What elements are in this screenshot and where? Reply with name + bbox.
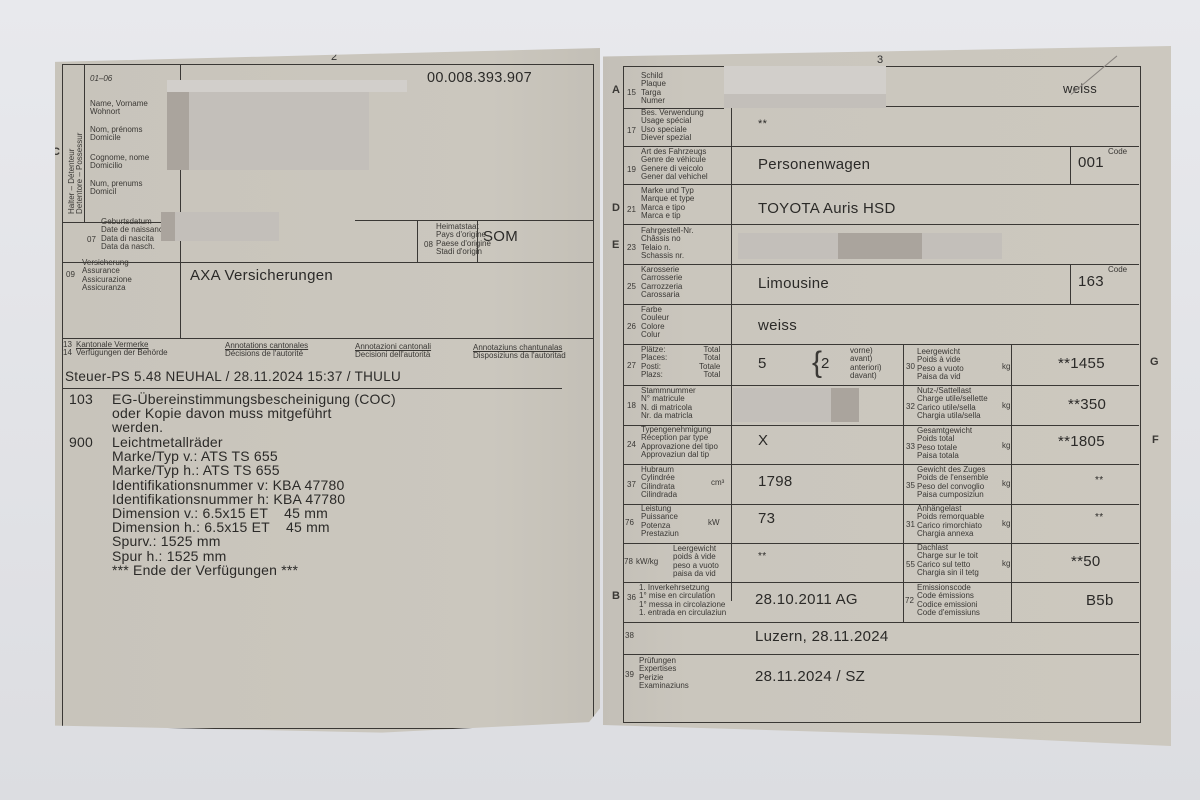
color-label: Farbe Couleur Colore Colur bbox=[641, 306, 669, 339]
redacted-master-number bbox=[831, 388, 859, 422]
redacted-chassis bbox=[922, 233, 1002, 259]
power-weight-value: ** bbox=[758, 551, 766, 562]
divider bbox=[84, 65, 85, 222]
holder-vertical-label-2: Detentore – Possessur bbox=[76, 133, 84, 214]
field-number: 27 bbox=[627, 361, 636, 370]
side-letter-b: B bbox=[612, 590, 620, 602]
insurance-value: AXA Versicherungen bbox=[190, 267, 333, 284]
divider bbox=[623, 504, 1139, 505]
redacted-block bbox=[167, 92, 189, 170]
divider bbox=[886, 106, 1139, 107]
power-label: Leistung Puissance Potenza Prestaziun bbox=[641, 505, 679, 538]
train-weight-value: ** bbox=[1095, 475, 1103, 486]
divider bbox=[477, 220, 478, 262]
displacement-label: Hubraum Cylindrée Cilindrata Cilindrada bbox=[641, 466, 677, 499]
divider bbox=[62, 338, 593, 339]
divider bbox=[1070, 264, 1071, 304]
side-letter-e: E bbox=[612, 239, 619, 251]
redacted-master-number bbox=[733, 388, 831, 422]
body-label: Karosserie Carrosserie Carrozzeria Caros… bbox=[641, 266, 682, 299]
make-model-value: TOYOTA Auris HSD bbox=[758, 200, 896, 217]
seats-front-label: vorne) avant) anteriori) davant) bbox=[850, 347, 882, 380]
body-code: 163 bbox=[1078, 273, 1104, 290]
unit-kg: kg bbox=[1002, 401, 1010, 410]
vehicle-type-code: 001 bbox=[1078, 154, 1104, 171]
decision-text: EG-Übereinstimmungsbescheinigung (COC) o… bbox=[112, 392, 396, 435]
type-approval-value: X bbox=[758, 432, 768, 449]
power-weight-label: Leergewicht poids à vide peso a vuoto pa… bbox=[673, 545, 719, 578]
divider bbox=[180, 262, 181, 338]
divider bbox=[731, 108, 732, 601]
divider bbox=[623, 385, 1139, 386]
side-letter-f: F bbox=[1152, 434, 1159, 446]
field-number: 15 bbox=[627, 88, 636, 97]
redacted-holder-address bbox=[189, 92, 369, 170]
field-number: 76 bbox=[625, 518, 634, 527]
field-number: 33 bbox=[906, 442, 915, 451]
divider bbox=[623, 304, 1139, 305]
registration-page-2: 2 C Halter – Détenteur Detentore – Posse… bbox=[55, 48, 600, 743]
decision-code: 900 bbox=[69, 435, 93, 449]
annotations-it-2: Decisioni dell'autorità bbox=[355, 351, 430, 359]
divider bbox=[623, 344, 1139, 345]
divider bbox=[623, 264, 1139, 265]
registration-page-3: 3 A 15 Schild Plaque Targa Numer weiss 1… bbox=[603, 46, 1171, 746]
seats-front-value: 2 bbox=[821, 355, 830, 372]
empty-weight-value: **1455 bbox=[1058, 355, 1105, 372]
payload-value: **350 bbox=[1068, 396, 1106, 413]
redacted-holder-name bbox=[167, 80, 407, 92]
divider bbox=[1011, 582, 1012, 622]
field-number: 38 bbox=[625, 631, 634, 640]
redacted-birthdate bbox=[161, 212, 175, 241]
birthdate-label: Geburtsdatum Date de naissance Data di n… bbox=[101, 218, 167, 251]
divider bbox=[623, 654, 1139, 655]
type-approval-label: Typengenehmigung Réception par type Appr… bbox=[641, 426, 718, 459]
annotations-fr-2: Décisions de l'autorité bbox=[225, 350, 303, 358]
holder-label-rm: Num, prenums Domicil bbox=[90, 180, 142, 197]
field-number: 35 bbox=[906, 481, 915, 490]
field-number: 25 bbox=[627, 282, 636, 291]
holder-label-fr: Nom, prénoms Domicile bbox=[90, 126, 142, 143]
plate-label: Schild Plaque Targa Numer bbox=[641, 72, 666, 105]
decision-code: 103 bbox=[69, 392, 93, 406]
emission-code-label: Emissionscode Code émissions Codice emis… bbox=[917, 584, 980, 617]
emission-code-value: B5b bbox=[1086, 592, 1114, 609]
divider bbox=[417, 220, 418, 262]
field-number: 21 bbox=[627, 205, 636, 214]
unit-kw: kW bbox=[708, 518, 720, 527]
unit-cm3: cm³ bbox=[711, 478, 724, 487]
seats-total-label: Total Total Totale Total bbox=[699, 346, 720, 379]
special-use-value: ** bbox=[758, 118, 767, 130]
tax-line: Steuer-PS 5.48 NEUHAL / 28.11.2024 15:37… bbox=[65, 369, 401, 384]
insurance-label: Versicherung Assurance Assicurazione Ass… bbox=[82, 259, 132, 292]
redacted-plate-number bbox=[724, 66, 886, 94]
power-value: 73 bbox=[758, 510, 775, 527]
roof-load-label: Dachlast Charge sur le toit Carico sul t… bbox=[917, 544, 979, 577]
field-number: 24 bbox=[627, 440, 636, 449]
field-number: 31 bbox=[906, 520, 915, 529]
master-number-label: Stammnummer N° matricule N. di matricola… bbox=[641, 387, 696, 420]
field-number: 39 bbox=[625, 670, 634, 679]
annotations-de-2: Verfügungen der Behörde bbox=[76, 349, 168, 357]
side-letter-g: G bbox=[1150, 356, 1159, 368]
holder-label-it: Cognome, nome Domicilio bbox=[90, 154, 149, 171]
divider bbox=[623, 224, 1139, 225]
unit-kg: kg bbox=[1002, 559, 1010, 568]
divider bbox=[903, 582, 904, 622]
field-number: 30 bbox=[906, 362, 915, 371]
field-number: 78 bbox=[624, 557, 633, 566]
field-number: 09 bbox=[66, 270, 75, 279]
unit-kg: kg bbox=[1002, 479, 1010, 488]
field-number: 14 bbox=[63, 349, 72, 357]
unit-kg: kg bbox=[1002, 519, 1010, 528]
field-number: 08 bbox=[424, 240, 433, 249]
redacted-plate-number bbox=[724, 94, 886, 108]
payload-label: Nutz-/Sattellast Charge utile/sellette C… bbox=[917, 387, 988, 420]
field-number: 17 bbox=[627, 126, 636, 135]
decision-text: Leichtmetallräder Marke/Typ v.: ATS TS 6… bbox=[112, 435, 345, 577]
field-number: 07 bbox=[87, 235, 96, 244]
holder-label-de: Name, Vorname Wohnort bbox=[90, 100, 148, 117]
plate-color: weiss bbox=[1063, 81, 1097, 96]
body-value: Limousine bbox=[758, 275, 829, 292]
field-number: 72 bbox=[905, 596, 914, 605]
annotations-rm-2: Disposiziuns da l'autoritad bbox=[473, 352, 566, 360]
code-label: Code bbox=[1108, 147, 1127, 156]
field-number: 36 bbox=[627, 593, 636, 602]
code-label: Code bbox=[1108, 265, 1127, 274]
divider bbox=[903, 344, 904, 582]
field-number: 26 bbox=[627, 322, 636, 331]
seats-label: Plätze: Places: Posti: Plazs: bbox=[641, 346, 667, 379]
vehicle-type-label: Art des Fahrzeugs Genre de véhicule Gene… bbox=[641, 148, 708, 181]
make-model-label: Marke und Typ Marque et type Marca e tip… bbox=[641, 187, 694, 220]
inspections-value: 28.11.2024 / SZ bbox=[755, 668, 865, 685]
origin-value: SOM bbox=[483, 228, 518, 245]
vehicle-type-value: Personenwagen bbox=[758, 156, 870, 173]
place-date-value: Luzern, 28.11.2024 bbox=[755, 628, 889, 645]
side-letter-a: A bbox=[612, 84, 620, 96]
unit-kg: kg bbox=[1002, 441, 1010, 450]
redacted-chassis bbox=[738, 233, 838, 259]
unit-kg: kg bbox=[1002, 362, 1010, 371]
seats-value: 5 bbox=[758, 355, 767, 372]
field-number: 18 bbox=[627, 401, 636, 410]
divider bbox=[623, 622, 1139, 623]
field-number: 01–06 bbox=[90, 74, 112, 83]
first-registration-label: 1. Inverkehrsetzung 1° mise en circulati… bbox=[639, 584, 726, 617]
color-value: weiss bbox=[758, 317, 797, 334]
trailer-load-label: Anhängelast Poids remorquable Carico rim… bbox=[917, 505, 984, 538]
first-registration-value: 28.10.2011 AG bbox=[755, 591, 858, 608]
unit-kw-kg: kW/kg bbox=[636, 557, 658, 566]
redacted-birthdate bbox=[175, 212, 279, 241]
page-number: 3 bbox=[877, 54, 883, 66]
divider bbox=[623, 464, 1139, 465]
train-weight-label: Gewicht des Zuges Poids de l'ensemble Pe… bbox=[917, 466, 988, 499]
total-weight-value: **1805 bbox=[1058, 433, 1105, 450]
field-number: 19 bbox=[627, 165, 636, 174]
divider bbox=[1070, 146, 1071, 184]
redacted-chassis bbox=[838, 233, 922, 259]
document-number: 00.008.393.907 bbox=[427, 70, 532, 86]
special-use-label: Bes. Verwendung Usage spécial Uso specia… bbox=[641, 109, 704, 142]
displacement-value: 1798 bbox=[758, 473, 793, 490]
divider bbox=[62, 262, 593, 263]
total-weight-label: Gesamtgewicht Poids total Peso totale Pa… bbox=[917, 427, 972, 460]
divider bbox=[623, 184, 1139, 185]
field-number: 55 bbox=[906, 560, 915, 569]
trailer-load-value: ** bbox=[1095, 512, 1103, 523]
side-letter-d: D bbox=[612, 202, 620, 214]
field-number: 37 bbox=[627, 480, 636, 489]
field-number: 32 bbox=[906, 402, 915, 411]
inspections-label: Prüfungen Expertises Perizie Examinaziun… bbox=[639, 657, 689, 690]
chassis-label: Fahrgestell-Nr. Châssis no Telaio n. Sch… bbox=[641, 227, 693, 260]
empty-weight-label: Leergewicht Poids à vide Peso a vuoto Pa… bbox=[917, 348, 964, 381]
roof-load-value: **50 bbox=[1071, 553, 1101, 570]
divider bbox=[62, 388, 562, 389]
divider bbox=[1011, 344, 1012, 582]
divider bbox=[355, 220, 593, 221]
field-number: 23 bbox=[627, 243, 636, 252]
